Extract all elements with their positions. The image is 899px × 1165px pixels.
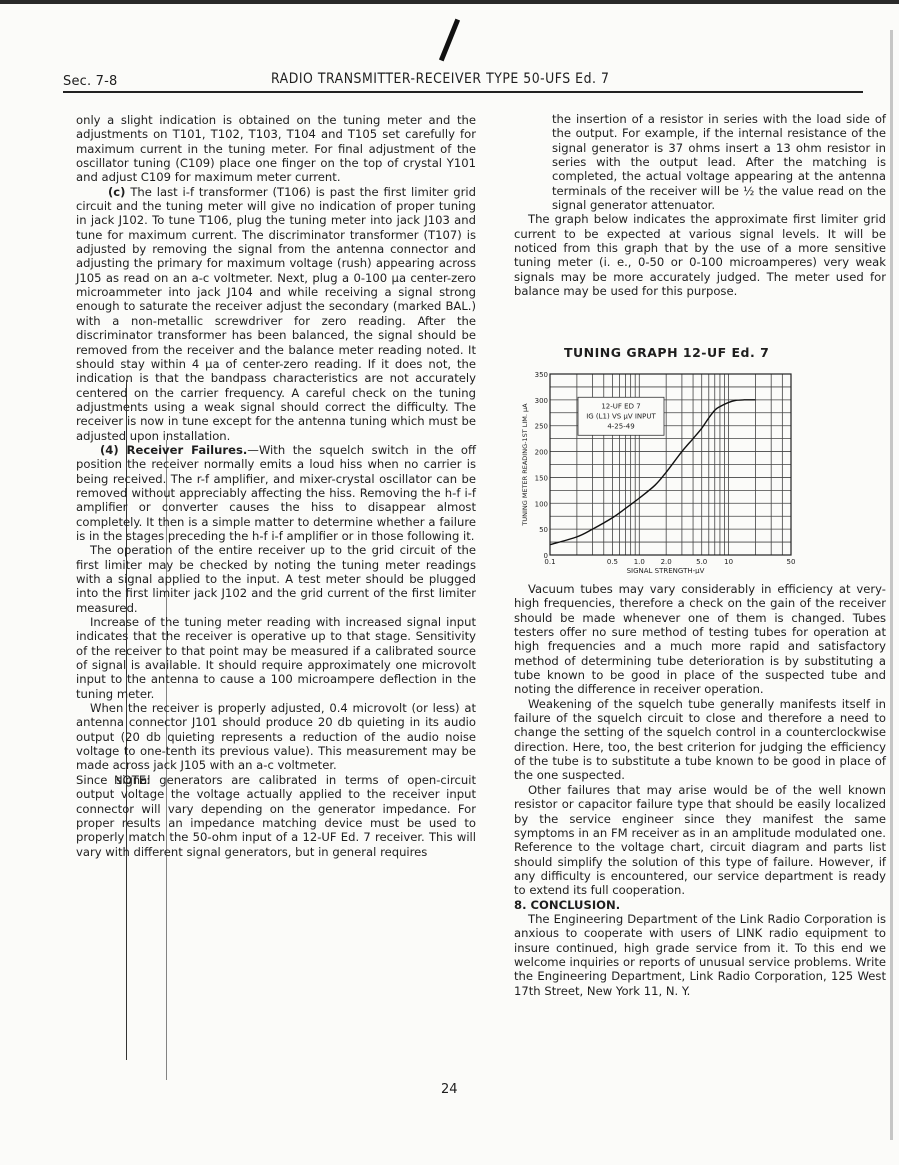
x-tick-label: 2.0 <box>661 558 672 566</box>
y-tick-label: 250 <box>535 423 548 431</box>
x-tick-label: 50 <box>787 558 796 566</box>
right-column-bottom: Vacuum tubes may vary considerably in ef… <box>514 582 886 998</box>
document-title: RADIO TRANSMITTER-RECEIVER TYPE 50-UFS E… <box>271 71 609 87</box>
paragraph: only a slight indication is obtained on … <box>76 113 476 185</box>
page-number: 24 <box>441 1082 458 1097</box>
item-label: (c) <box>108 185 125 199</box>
y-tick-label: 100 <box>535 500 548 508</box>
x-tick-label: 0.5 <box>607 558 618 566</box>
x-axis-label: SIGNAL STRENGTH-µV <box>627 567 705 574</box>
note-label: NOTE: <box>114 773 150 787</box>
y-tick-label: 300 <box>535 397 548 405</box>
paragraph-text: —With the squelch switch in the off posi… <box>76 443 476 543</box>
legend-text: 4-25-49 <box>607 422 634 430</box>
left-column: only a slight indication is obtained on … <box>76 113 476 859</box>
paragraph: When the receiver is properly adjusted, … <box>76 701 476 773</box>
legend-text: 12-UF ED 7 <box>601 402 640 410</box>
x-tick-label: 10 <box>724 558 733 566</box>
x-tick-label: 1.0 <box>634 558 645 566</box>
x-tick-label: 5.0 <box>696 558 707 566</box>
paragraph: Weakening of the squelch tube generally … <box>514 697 886 783</box>
scan-ink-mark <box>439 19 460 62</box>
paragraph: The graph below indicates the approximat… <box>514 212 886 298</box>
y-tick-label: 350 <box>535 371 548 379</box>
paragraph: Other failures that may arise would be o… <box>514 783 886 898</box>
paragraph: Increase of the tuning meter reading wit… <box>76 615 476 701</box>
paragraph: The Engineering Department of the Link R… <box>514 912 886 998</box>
x-tick-label: 0.1 <box>544 558 555 566</box>
section-heading-conclusion: 8. CONCLUSION. <box>514 898 886 912</box>
y-axis-label: TUNING METER READING-1ST LIM. µA <box>521 403 529 527</box>
scan-right-edge <box>890 30 893 1140</box>
scan-top-border <box>0 0 899 4</box>
right-column-top: the insertion of a resistor in series wi… <box>514 112 886 298</box>
note-continuation: the insertion of a resistor in series wi… <box>552 112 886 212</box>
y-tick-label: 150 <box>535 474 548 482</box>
paragraph: (c) The last i-f transformer (T106) is p… <box>76 185 476 443</box>
note-block: NOTE: Since signal generators are calibr… <box>76 773 476 859</box>
y-tick-label: 50 <box>539 526 548 534</box>
page-header: Sec. 7-8 RADIO TRANSMITTER-RECEIVER TYPE… <box>63 70 863 92</box>
tuning-graph-plot: 12-UF ED 7IG (L1) VS µV INPUT4-25-490501… <box>518 362 818 574</box>
header-rule <box>63 91 863 93</box>
y-tick-label: 200 <box>535 449 548 457</box>
paragraph-text: The last i-f transformer (T106) is past … <box>76 185 476 443</box>
tuning-graph: 12-UF ED 7IG (L1) VS µV INPUT4-25-490501… <box>518 362 818 574</box>
subsection-heading: (4) Receiver Failures. <box>100 443 247 457</box>
section-number: Sec. 7-8 <box>63 74 118 89</box>
legend-text: IG (L1) VS µV INPUT <box>586 412 656 420</box>
chart-title: TUNING GRAPH 12-UF Ed. 7 <box>564 345 769 360</box>
paragraph: Vacuum tubes may vary considerably in ef… <box>514 582 886 697</box>
paragraph: The operation of the entire receiver up … <box>76 543 476 615</box>
paragraph: (4) Receiver Failures.—With the squelch … <box>76 443 476 543</box>
